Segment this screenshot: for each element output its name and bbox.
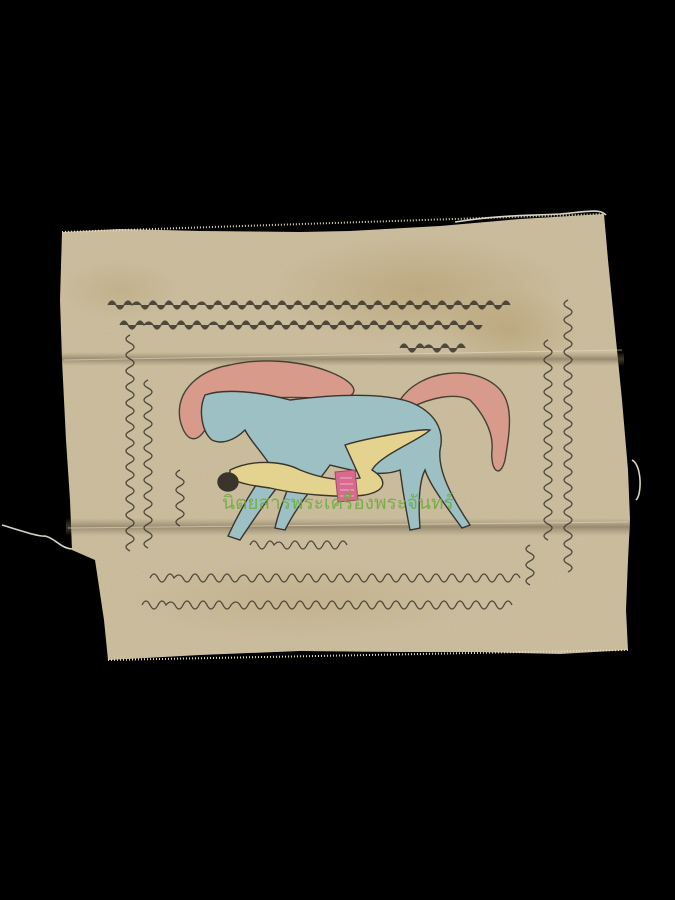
loose-thread-right — [632, 460, 640, 500]
cloth-talisman — [0, 0, 675, 900]
watermark-text: นิตยสารพระเครื่องพระจันทร์ — [222, 488, 454, 518]
photo-stage: นิตยสารพระเครื่องพระจันทร์ — [0, 0, 675, 900]
loose-thread-left — [2, 525, 72, 549]
